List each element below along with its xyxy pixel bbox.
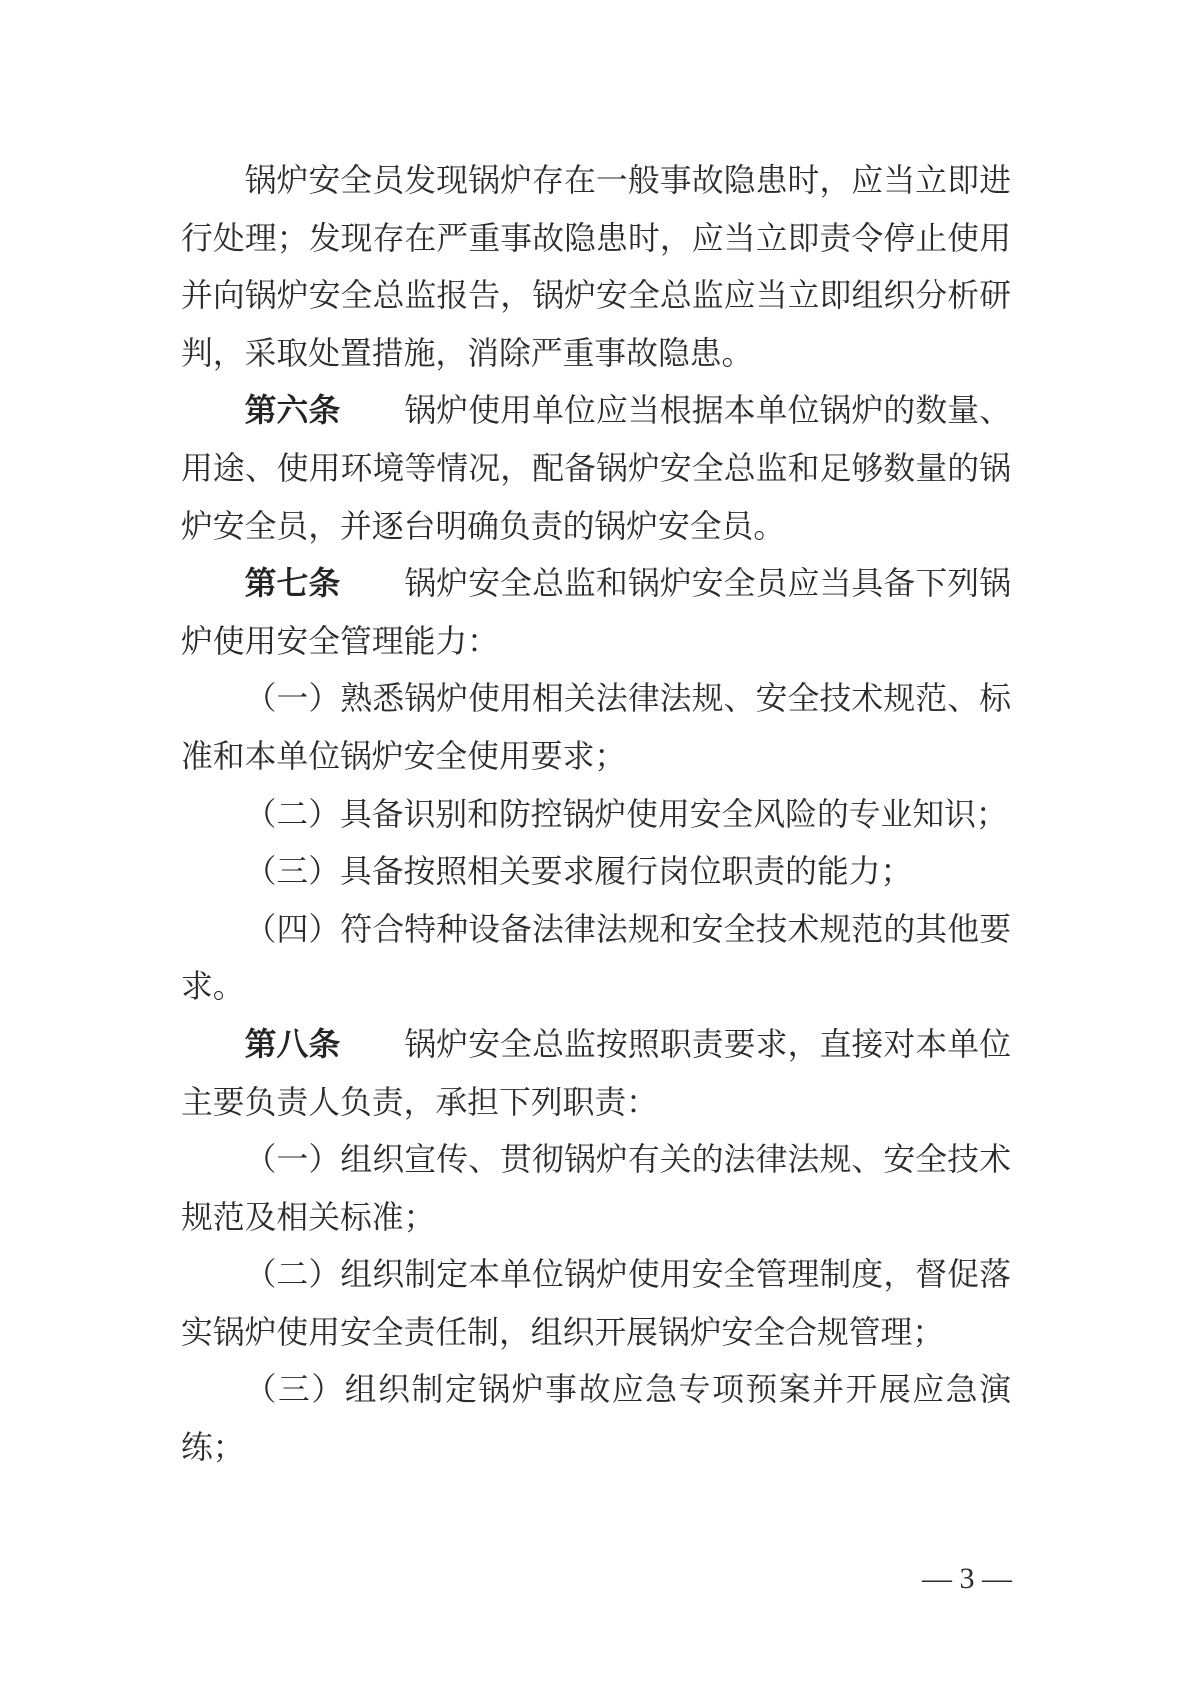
- paragraph: 第六条 锅炉使用单位应当根据本单位锅炉的数量、用途、使用环境等情况，配备锅炉安全…: [181, 382, 1011, 555]
- paragraph: （三）具备按照相关要求履行岗位职责的能力；: [181, 843, 1011, 901]
- paragraph: 第七条 锅炉安全总监和锅炉安全员应当具备下列锅炉使用安全管理能力：: [181, 555, 1011, 670]
- paragraph: （二）具备识别和防控锅炉使用安全风险的专业知识；: [181, 786, 1011, 844]
- paragraph-text: 锅炉安全员发现锅炉存在一般事故隐患时，应当立即进行处理；发现存在严重事故隐患时，…: [181, 163, 1011, 371]
- paragraph-text: （三）组织制定锅炉事故应急专项预案并开展应急演练；: [181, 1372, 1011, 1465]
- page-number: — 3 —: [922, 1562, 1012, 1596]
- article-label: 第七条: [245, 565, 341, 601]
- document-body: 锅炉安全员发现锅炉存在一般事故隐患时，应当立即进行处理；发现存在严重事故隐患时，…: [181, 152, 1011, 1477]
- paragraph-text: （一）组织宣传、贯彻锅炉有关的法律法规、安全技术规范及相关标准；: [181, 1142, 1011, 1235]
- paragraph: （三）组织制定锅炉事故应急专项预案并开展应急演练；: [181, 1361, 1011, 1476]
- paragraph-text: （三）具备按照相关要求履行岗位职责的能力；: [245, 854, 913, 889]
- paragraph: 锅炉安全员发现锅炉存在一般事故隐患时，应当立即进行处理；发现存在严重事故隐患时，…: [181, 152, 1011, 382]
- document-page: 锅炉安全员发现锅炉存在一般事故隐患时，应当立即进行处理；发现存在严重事故隐患时，…: [0, 0, 1190, 1683]
- paragraph-text: （四）符合特种设备法律法规和安全技术规范的其他要求。: [181, 912, 1011, 1005]
- article-label: 第八条: [245, 1026, 341, 1062]
- paragraph: （一）组织宣传、贯彻锅炉有关的法律法规、安全技术规范及相关标准；: [181, 1131, 1011, 1246]
- paragraph-text: （一）熟悉锅炉使用相关法律法规、安全技术规范、标准和本单位锅炉安全使用要求；: [181, 681, 1011, 774]
- paragraph-text: （二）组织制定本单位锅炉使用安全管理制度，督促落实锅炉使用安全责任制，组织开展锅…: [181, 1257, 1011, 1350]
- paragraph: （二）组织制定本单位锅炉使用安全管理制度，督促落实锅炉使用安全责任制，组织开展锅…: [181, 1246, 1011, 1361]
- paragraph: 第八条 锅炉安全总监按照职责要求，直接对本单位主要负责人负责，承担下列职责：: [181, 1016, 1011, 1131]
- article-label: 第六条: [245, 392, 341, 428]
- paragraph-text: （二）具备识别和防控锅炉使用安全风险的专业知识；: [245, 797, 1008, 832]
- paragraph: （一）熟悉锅炉使用相关法律法规、安全技术规范、标准和本单位锅炉安全使用要求；: [181, 670, 1011, 785]
- paragraph: （四）符合特种设备法律法规和安全技术规范的其他要求。: [181, 901, 1011, 1016]
